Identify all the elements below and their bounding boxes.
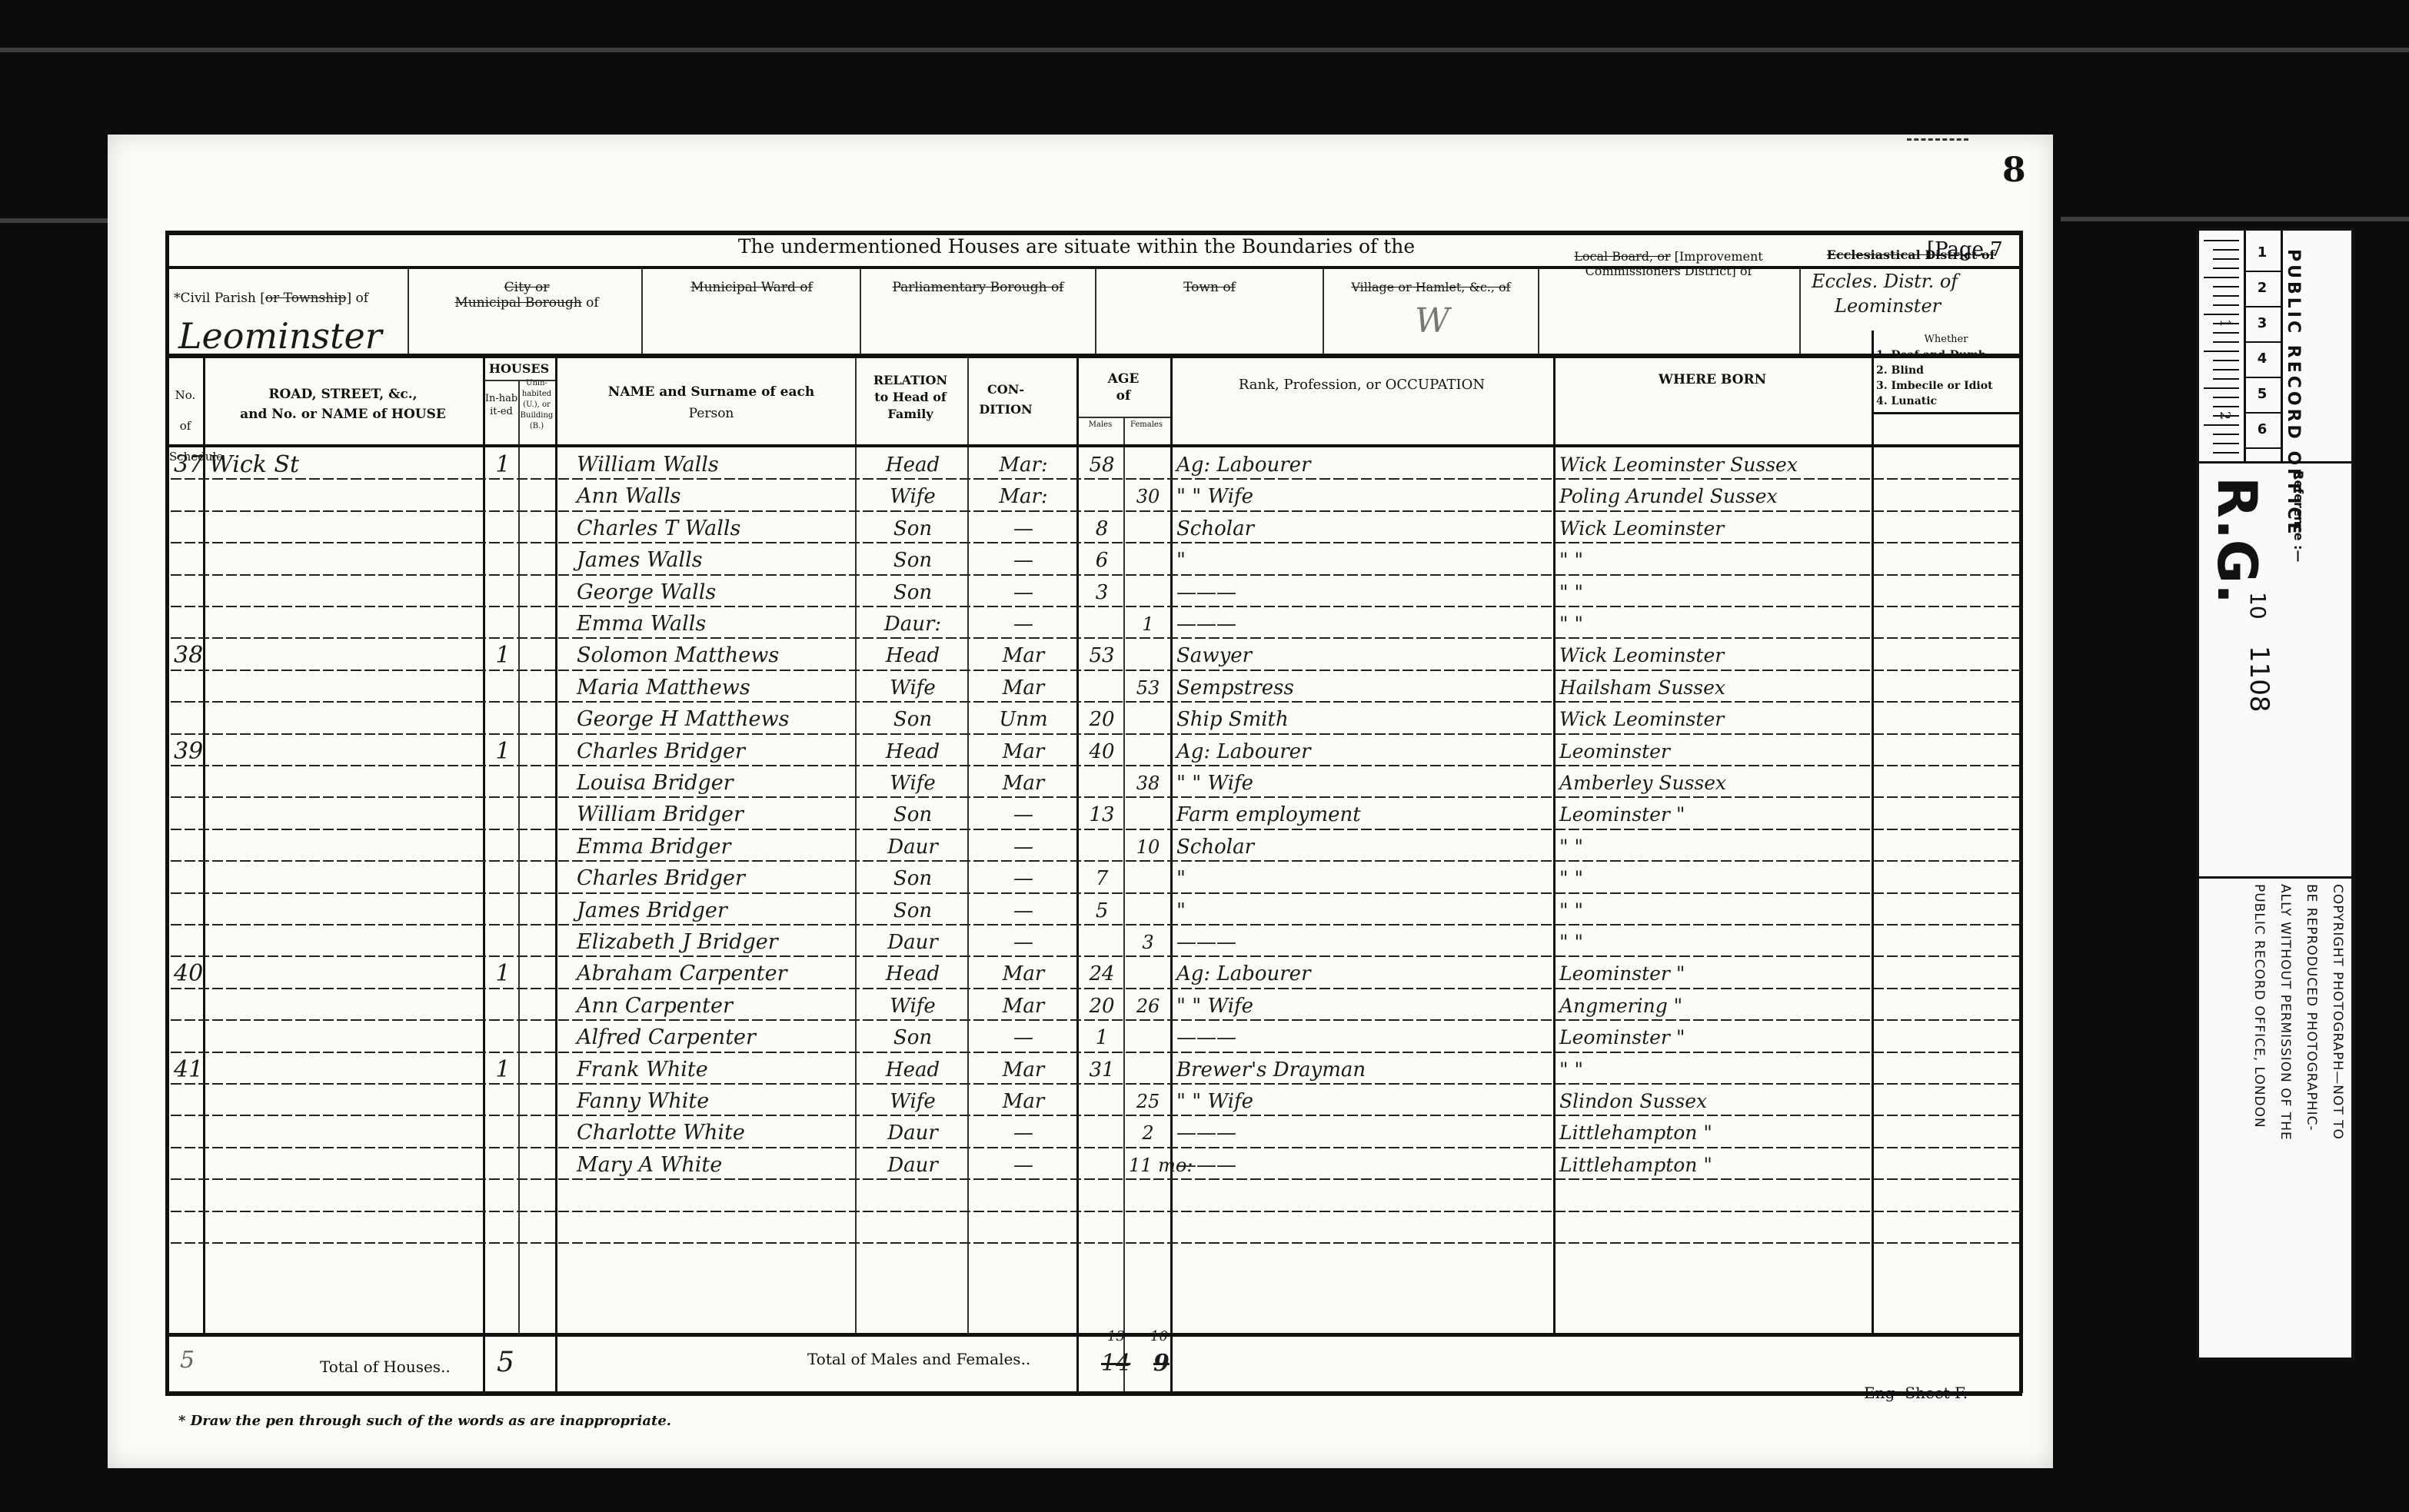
cell-relation: Son	[861, 864, 964, 893]
cell-occupation: " " Wife	[1176, 769, 1550, 798]
cell-condition: Mar:	[973, 450, 1073, 480]
row-rule	[171, 1115, 2019, 1116]
cell-occupation: Brewer's Drayman	[1176, 1055, 1550, 1085]
row-rule	[171, 829, 2019, 830]
cell-age-m: 3	[1083, 578, 1121, 607]
cell-occupation: Ag: Labourer	[1176, 450, 1550, 480]
cell-relation: Daur	[861, 1151, 964, 1180]
cell-relation: Wife	[861, 482, 964, 511]
cell-occupation: ———	[1176, 1118, 1550, 1148]
row-rule	[171, 701, 2019, 703]
folio-marks	[1907, 138, 1968, 143]
totals-schedule-note: 5	[180, 1347, 195, 1374]
column-divider	[1076, 358, 1079, 1393]
ecclesiastical-district-value: Eccles. Distr. of Leominster	[1812, 269, 1958, 318]
column-divider	[1553, 358, 1556, 1333]
cell-relation: Wife	[861, 1087, 964, 1116]
whether-item: 2. Blind	[1876, 363, 1993, 378]
col-header-age: AGE of	[1078, 371, 1169, 404]
cell-relation: Son	[861, 1023, 964, 1052]
cell-occupation: "	[1176, 546, 1550, 575]
footnote: * Draw the pen through such of the words…	[178, 1413, 671, 1429]
divider	[641, 269, 643, 355]
divider	[1095, 269, 1096, 355]
cell-name: Fanny White	[577, 1087, 852, 1116]
cell-age-m: 7	[1083, 864, 1121, 893]
cell-occupation: Farm employment	[1176, 800, 1550, 829]
row-rule	[171, 1178, 2019, 1180]
cell-occupation: "	[1176, 896, 1550, 925]
scale-number: 1	[2244, 235, 2281, 272]
value-line: Eccles. Distr. of	[1812, 269, 1958, 294]
divider	[1799, 269, 1801, 355]
cell-schedule: 41	[174, 1055, 200, 1085]
col-header-where-born: WHERE BORN	[1555, 372, 1870, 387]
cell-relation: Son	[861, 800, 964, 829]
city-borough-label: City or Municipal Borough of	[415, 280, 638, 311]
cell-name: Solomon Matthews	[577, 641, 852, 670]
totals-females-value: 10	[1150, 1328, 1168, 1344]
cell-where-born: " "	[1559, 928, 1868, 957]
row-rule	[171, 796, 2019, 798]
cell-age-m: 1	[1083, 1023, 1121, 1052]
cell-relation: Head	[861, 1055, 964, 1085]
cell-where-born: Leominster "	[1559, 959, 1868, 989]
ruler-tick	[2204, 351, 2239, 352]
cell-age-m: 58	[1083, 450, 1121, 480]
cell-condition: —	[973, 546, 1073, 575]
header-line: AGE	[1078, 371, 1169, 387]
cell-schedule: 38	[174, 641, 200, 670]
row-rule	[171, 510, 2019, 512]
cell-condition: Mar:	[973, 482, 1073, 511]
label-text: of	[582, 295, 599, 311]
cell-relation: Head	[861, 737, 964, 766]
scan-artifact-line	[2061, 217, 2409, 221]
totals-houses-label: Total of Houses..	[320, 1357, 451, 1376]
cell-name: William Bridger	[577, 800, 852, 829]
cell-occupation: " " Wife	[1176, 992, 1550, 1021]
cell-road: Wick St	[209, 450, 480, 480]
row-rule	[171, 924, 2019, 925]
parliamentary-borough-label: Parliamentary Borough of	[864, 280, 1092, 295]
row-rule	[171, 765, 2019, 766]
cell-relation: Head	[861, 450, 964, 480]
cell-age-m: 8	[1083, 514, 1121, 543]
cell-condition: Mar	[973, 769, 1073, 798]
header-line: CON-	[969, 380, 1043, 400]
cell-occupation: " " Wife	[1176, 1087, 1550, 1116]
divider	[2199, 461, 2351, 464]
cell-where-born: Wick Leominster Sussex	[1559, 450, 1868, 480]
cell-where-born: " "	[1559, 832, 1868, 862]
column-divider	[203, 358, 205, 1333]
cell-relation: Daur	[861, 832, 964, 862]
row-rule	[171, 988, 2019, 989]
civil-parish-label: *Civil Parish [or Township] of	[174, 291, 368, 306]
cell-occupation: Sempstress	[1176, 673, 1550, 703]
label-text: ] of	[346, 291, 368, 306]
cell-inhabited: 1	[489, 737, 517, 766]
cell-relation: Head	[861, 641, 964, 670]
piece-prefix: 10	[2245, 592, 2271, 620]
cell-where-born: Slindon Sussex	[1559, 1087, 1868, 1116]
cell-condition: —	[973, 800, 1073, 829]
cell-occupation: ———	[1176, 1151, 1550, 1180]
cell-where-born: " "	[1559, 546, 1868, 575]
scale-number: 4	[2244, 341, 2281, 378]
ruler-tick	[2204, 277, 2239, 278]
cell-name: Elizabeth J Bridger	[577, 928, 852, 957]
cell-occupation: " " Wife	[1176, 482, 1550, 511]
divider	[1078, 417, 1170, 418]
divider	[1872, 412, 2022, 414]
col-header-houses: HOUSES	[484, 361, 554, 376]
header-line: NAME and Surname of each	[569, 381, 853, 403]
cell-name: Frank White	[577, 1055, 852, 1085]
divider	[1323, 269, 1324, 355]
ruler-tick	[2204, 424, 2239, 426]
cell-condition: —	[973, 578, 1073, 607]
cell-where-born: Wick Leominster	[1559, 514, 1868, 543]
column-divider	[1872, 331, 1874, 1334]
cell-where-born: " "	[1559, 896, 1868, 925]
municipal-ward-label: Municipal Ward of	[646, 280, 857, 295]
header-line: No. of	[169, 380, 201, 441]
cell-condition: Mar	[973, 1087, 1073, 1116]
divider	[484, 380, 555, 381]
cell-condition: —	[973, 832, 1073, 862]
column-divider	[967, 358, 969, 1333]
copyright-line: COPYRIGHT PHOTOGRAPH—NOT TO	[2330, 884, 2345, 1140]
cell-where-born: Littlehampton "	[1559, 1118, 1868, 1148]
cell-condition: Mar	[973, 992, 1073, 1021]
cell-age-f: 2	[1129, 1118, 1167, 1148]
scan-artifact-line	[0, 48, 2409, 52]
cell-relation: Daur	[861, 1118, 964, 1148]
cell-name: Ann Carpenter	[577, 992, 852, 1021]
cell-age-m: 53	[1083, 641, 1121, 670]
row-rule	[171, 1052, 2019, 1053]
reference-card: 1 2 123456 PUBLIC RECORD OFFICE Referenc…	[2196, 228, 2354, 1361]
ruler-tick	[2213, 258, 2239, 260]
cell-condition: —	[973, 928, 1073, 957]
header-line: Family	[857, 406, 964, 423]
ruler-tick	[2213, 406, 2239, 407]
col-header-occupation: Rank, Profession, or OCCUPATION	[1172, 377, 1552, 393]
cell-inhabited: 1	[489, 1055, 517, 1085]
divider	[2199, 876, 2351, 879]
whether-item: 4. Lunatic	[1876, 394, 1993, 409]
row-rule	[171, 1211, 2019, 1212]
value-line: Leominster	[1812, 294, 1958, 318]
cell-where-born: Wick Leominster	[1559, 641, 1868, 670]
row-rule	[171, 542, 2019, 543]
cell-condition: Mar	[973, 1055, 1073, 1085]
civil-parish-value: Leominster	[178, 315, 382, 357]
header-line: DITION	[969, 400, 1043, 420]
copyright-line: BE REPRODUCED PHOTOGRAPHIC-	[2304, 884, 2319, 1132]
row-rule	[171, 637, 2019, 639]
row-rule	[171, 1019, 2019, 1021]
cell-name: Abraham Carpenter	[577, 959, 852, 989]
ruler: 1 2	[2199, 231, 2246, 461]
scale-boxes: 123456	[2244, 231, 2283, 461]
cell-relation: Daur	[861, 928, 964, 957]
cell-age-m: 13	[1083, 800, 1121, 829]
cell-relation: Son	[861, 705, 964, 734]
inch-mark: 2	[2217, 411, 2233, 420]
cell-where-born: Angmering "	[1559, 992, 1868, 1021]
cell-relation: Son	[861, 514, 964, 543]
cell-occupation: "	[1176, 864, 1550, 893]
header-line: to Head of	[857, 389, 964, 406]
scan-artifact-line	[0, 218, 108, 223]
divider	[408, 269, 409, 355]
cell-condition: —	[973, 1023, 1073, 1052]
folio-number: 8	[2002, 151, 2026, 190]
cell-occupation: ———	[1176, 1023, 1550, 1052]
ruler-tick	[2204, 240, 2239, 241]
row-rule	[171, 733, 2019, 735]
header-line: ROAD, STREET, &c.,	[205, 384, 481, 404]
totals-persons-label: Total of Males and Females..	[807, 1350, 1030, 1368]
cell-name: George Walls	[577, 578, 852, 607]
header-bottom-border	[165, 444, 2022, 447]
cell-relation: Head	[861, 959, 964, 989]
cell-age-m: 20	[1083, 992, 1121, 1021]
cell-occupation: Ship Smith	[1176, 705, 1550, 734]
cell-relation: Son	[861, 546, 964, 575]
cell-occupation: ———	[1176, 928, 1550, 957]
piece-number: 1108	[2244, 646, 2274, 713]
cell-occupation: Scholar	[1176, 514, 1550, 543]
local-board-label: Local Board, or [Improvement Commissione…	[1541, 249, 1796, 278]
ruler-tick	[2213, 341, 2239, 343]
row-rule	[171, 955, 2019, 957]
ruler-tick	[2213, 434, 2239, 435]
cell-name: Emma Bridger	[577, 832, 852, 862]
cell-inhabited: 1	[489, 641, 517, 670]
totals-males-value: 13	[1107, 1328, 1125, 1344]
ruler-tick	[2213, 360, 2239, 361]
town-label: Town of	[1100, 280, 1319, 295]
row-rule	[171, 1083, 2019, 1085]
copyright-notice: COPYRIGHT PHOTOGRAPH—NOT TO BE REPRODUCE…	[2210, 884, 2345, 1314]
cell-relation: Wife	[861, 992, 964, 1021]
row-rule	[171, 1242, 2019, 1244]
totals-bottom-border	[165, 1391, 2022, 1396]
cell-condition: —	[973, 514, 1073, 543]
scale-number: 2	[2244, 271, 2281, 307]
struck-text: City or	[415, 280, 638, 295]
cell-where-born: " "	[1559, 864, 1868, 893]
cell-schedule: 40	[174, 959, 200, 989]
cell-age-f: 30	[1129, 482, 1167, 511]
cell-age-m: 6	[1083, 546, 1121, 575]
cell-occupation: ———	[1176, 610, 1550, 639]
col-header-inhabited: In-habit-ed	[484, 392, 518, 418]
cell-age-f: 3	[1129, 928, 1167, 957]
cell-condition: —	[973, 1151, 1073, 1180]
cell-age-f: 26	[1129, 992, 1167, 1021]
header-line: Person	[569, 403, 853, 424]
divider	[860, 269, 861, 355]
ruler-tick	[2213, 249, 2239, 251]
cell-inhabited: 1	[489, 450, 517, 480]
ruler-tick	[2213, 295, 2239, 297]
col-header-males: Males	[1078, 420, 1123, 429]
cell-occupation: Scholar	[1176, 832, 1550, 862]
scale-number: 6	[2244, 412, 2281, 449]
village-hamlet-value: W	[1415, 301, 1449, 341]
cell-where-born: Leominster "	[1559, 1023, 1868, 1052]
whether-item: 1. Deaf-and-Dumb	[1876, 347, 1993, 363]
cell-condition: Mar	[973, 641, 1073, 670]
inch-mark: 1	[2217, 319, 2233, 327]
totals-top-border	[165, 1333, 2022, 1337]
ruler-tick	[2204, 387, 2239, 389]
cell-name: William Walls	[577, 450, 852, 480]
cell-where-born: Wick Leominster	[1559, 705, 1868, 734]
ruler-tick	[2213, 397, 2239, 398]
scale-number: 5	[2244, 377, 2281, 414]
cell-age-f: 53	[1129, 673, 1167, 703]
cell-age-f: 38	[1129, 769, 1167, 798]
cell-condition: Mar	[973, 959, 1073, 989]
row-rule	[171, 860, 2019, 862]
cell-condition: Mar	[973, 737, 1073, 766]
ruler-tick	[2213, 268, 2239, 269]
cell-where-born: Leominster "	[1559, 800, 1868, 829]
cell-relation: Daur:	[861, 610, 964, 639]
label-text: *Civil Parish [	[174, 291, 265, 306]
row-rule	[171, 478, 2019, 480]
cell-name: James Walls	[577, 546, 852, 575]
col-header-whether-list: 1. Deaf-and-Dumb 2. Blind 3. Imbecile or…	[1876, 347, 1993, 409]
col-header-road: ROAD, STREET, &c., and No. or NAME of HO…	[205, 384, 481, 424]
header-line: and No. or NAME of HOUSE	[205, 404, 481, 424]
cell-name: Emma Walls	[577, 610, 852, 639]
cell-name: James Bridger	[577, 896, 852, 925]
col-header-relation: RELATION to Head of Family	[857, 372, 964, 423]
header-line: RELATION	[857, 372, 964, 389]
cell-where-born: Hailsham Sussex	[1559, 673, 1868, 703]
row-rule	[171, 574, 2019, 576]
ruler-tick	[2213, 443, 2239, 444]
cell-condition: —	[973, 896, 1073, 925]
cell-where-born: " "	[1559, 1055, 1868, 1085]
cell-name: Charlotte White	[577, 1118, 852, 1148]
cell-age-f: 11 mo:	[1129, 1151, 1167, 1180]
copyright-line: ALLY WITHOUT PERMISSION OF THE	[2278, 884, 2293, 1141]
cell-occupation: Sawyer	[1176, 641, 1550, 670]
col-header-condition: CON- DITION	[969, 380, 1043, 420]
totals-males-struck: 14	[1101, 1350, 1130, 1377]
cell-inhabited: 1	[489, 959, 517, 989]
cell-where-born: Poling Arundel Sussex	[1559, 482, 1868, 511]
boundaries-title: The undermentioned Houses are situate wi…	[461, 235, 1692, 258]
boundaries-divider	[165, 354, 2022, 358]
cell-age-m: 40	[1083, 737, 1121, 766]
cell-schedule: 39	[174, 737, 200, 766]
column-divider	[483, 358, 485, 1393]
cell-occupation: ———	[1176, 578, 1550, 607]
row-rule	[171, 606, 2019, 607]
cell-condition: —	[973, 1118, 1073, 1148]
whether-item: 3. Imbecile or Idiot	[1876, 378, 1993, 394]
scale-number: 3	[2244, 306, 2281, 343]
ruler-tick	[2213, 378, 2239, 380]
cell-where-born: Littlehampton "	[1559, 1151, 1868, 1180]
cell-relation: Wife	[861, 673, 964, 703]
cell-age-m: 20	[1083, 705, 1121, 734]
row-rule	[171, 1147, 2019, 1148]
cell-name: Maria Matthews	[577, 673, 852, 703]
column-divider	[1170, 358, 1173, 1393]
totals-females-struck: 9	[1153, 1350, 1170, 1377]
cell-age-f: 25	[1129, 1087, 1167, 1116]
row-rule	[171, 892, 2019, 894]
class-code: R.G.	[2202, 477, 2271, 604]
cell-where-born: " "	[1559, 578, 1868, 607]
copyright-line: PUBLIC RECORD OFFICE, LONDON	[2251, 884, 2267, 1128]
col-header-whether-title: Whether	[1873, 334, 2019, 345]
column-divider	[1123, 417, 1125, 1391]
col-header-name: NAME and Surname of each Person	[569, 381, 853, 424]
village-hamlet-label: Village or Hamlet, &c., of	[1327, 280, 1535, 294]
cell-name: Louisa Bridger	[577, 769, 852, 798]
struck-text: or Township	[265, 291, 347, 306]
cell-condition: —	[973, 864, 1073, 893]
cell-condition: Mar	[973, 673, 1073, 703]
struck-text: Local Board, or	[1574, 249, 1670, 264]
totals-houses-value: 5	[497, 1347, 514, 1378]
ruler-tick	[2213, 332, 2239, 334]
cell-age-f: 10	[1129, 832, 1167, 862]
header-line: of	[1078, 387, 1169, 404]
cell-relation: Son	[861, 578, 964, 607]
ruler-tick	[2213, 304, 2239, 306]
cell-name: George H Matthews	[577, 705, 852, 734]
cell-name: Charles T Walls	[577, 514, 852, 543]
col-header-females: Females	[1124, 420, 1169, 429]
reference-label: Reference :—	[2291, 470, 2306, 562]
cell-name: Alfred Carpenter	[577, 1023, 852, 1052]
ecclesiastical-district-label: Ecclesiastical District of	[1802, 248, 2019, 262]
column-divider	[518, 380, 520, 1333]
cell-where-born: Amberley Sussex	[1559, 769, 1868, 798]
cell-relation: Son	[861, 896, 964, 925]
sheet-label: Eng- Sheet F.	[1864, 1384, 1968, 1402]
cell-age-m: 24	[1083, 959, 1121, 989]
row-rule	[171, 670, 2019, 671]
cell-condition: Unm	[973, 705, 1073, 734]
cell-age-m: 31	[1083, 1055, 1121, 1085]
cell-where-born: Leominster	[1559, 737, 1868, 766]
col-header-uninhabited: Unin-habited (U.), or Building (B.)	[520, 378, 554, 432]
cell-age-f: 1	[1129, 610, 1167, 639]
cell-name: Charles Bridger	[577, 864, 852, 893]
cell-name: Ann Walls	[577, 482, 852, 511]
ruler-tick	[2213, 369, 2239, 371]
cell-condition: —	[973, 610, 1073, 639]
cell-occupation: Ag: Labourer	[1176, 959, 1550, 989]
column-divider	[555, 358, 557, 1393]
ruler-tick	[2204, 314, 2239, 315]
cell-relation: Wife	[861, 769, 964, 798]
cell-where-born: " "	[1559, 610, 1868, 639]
